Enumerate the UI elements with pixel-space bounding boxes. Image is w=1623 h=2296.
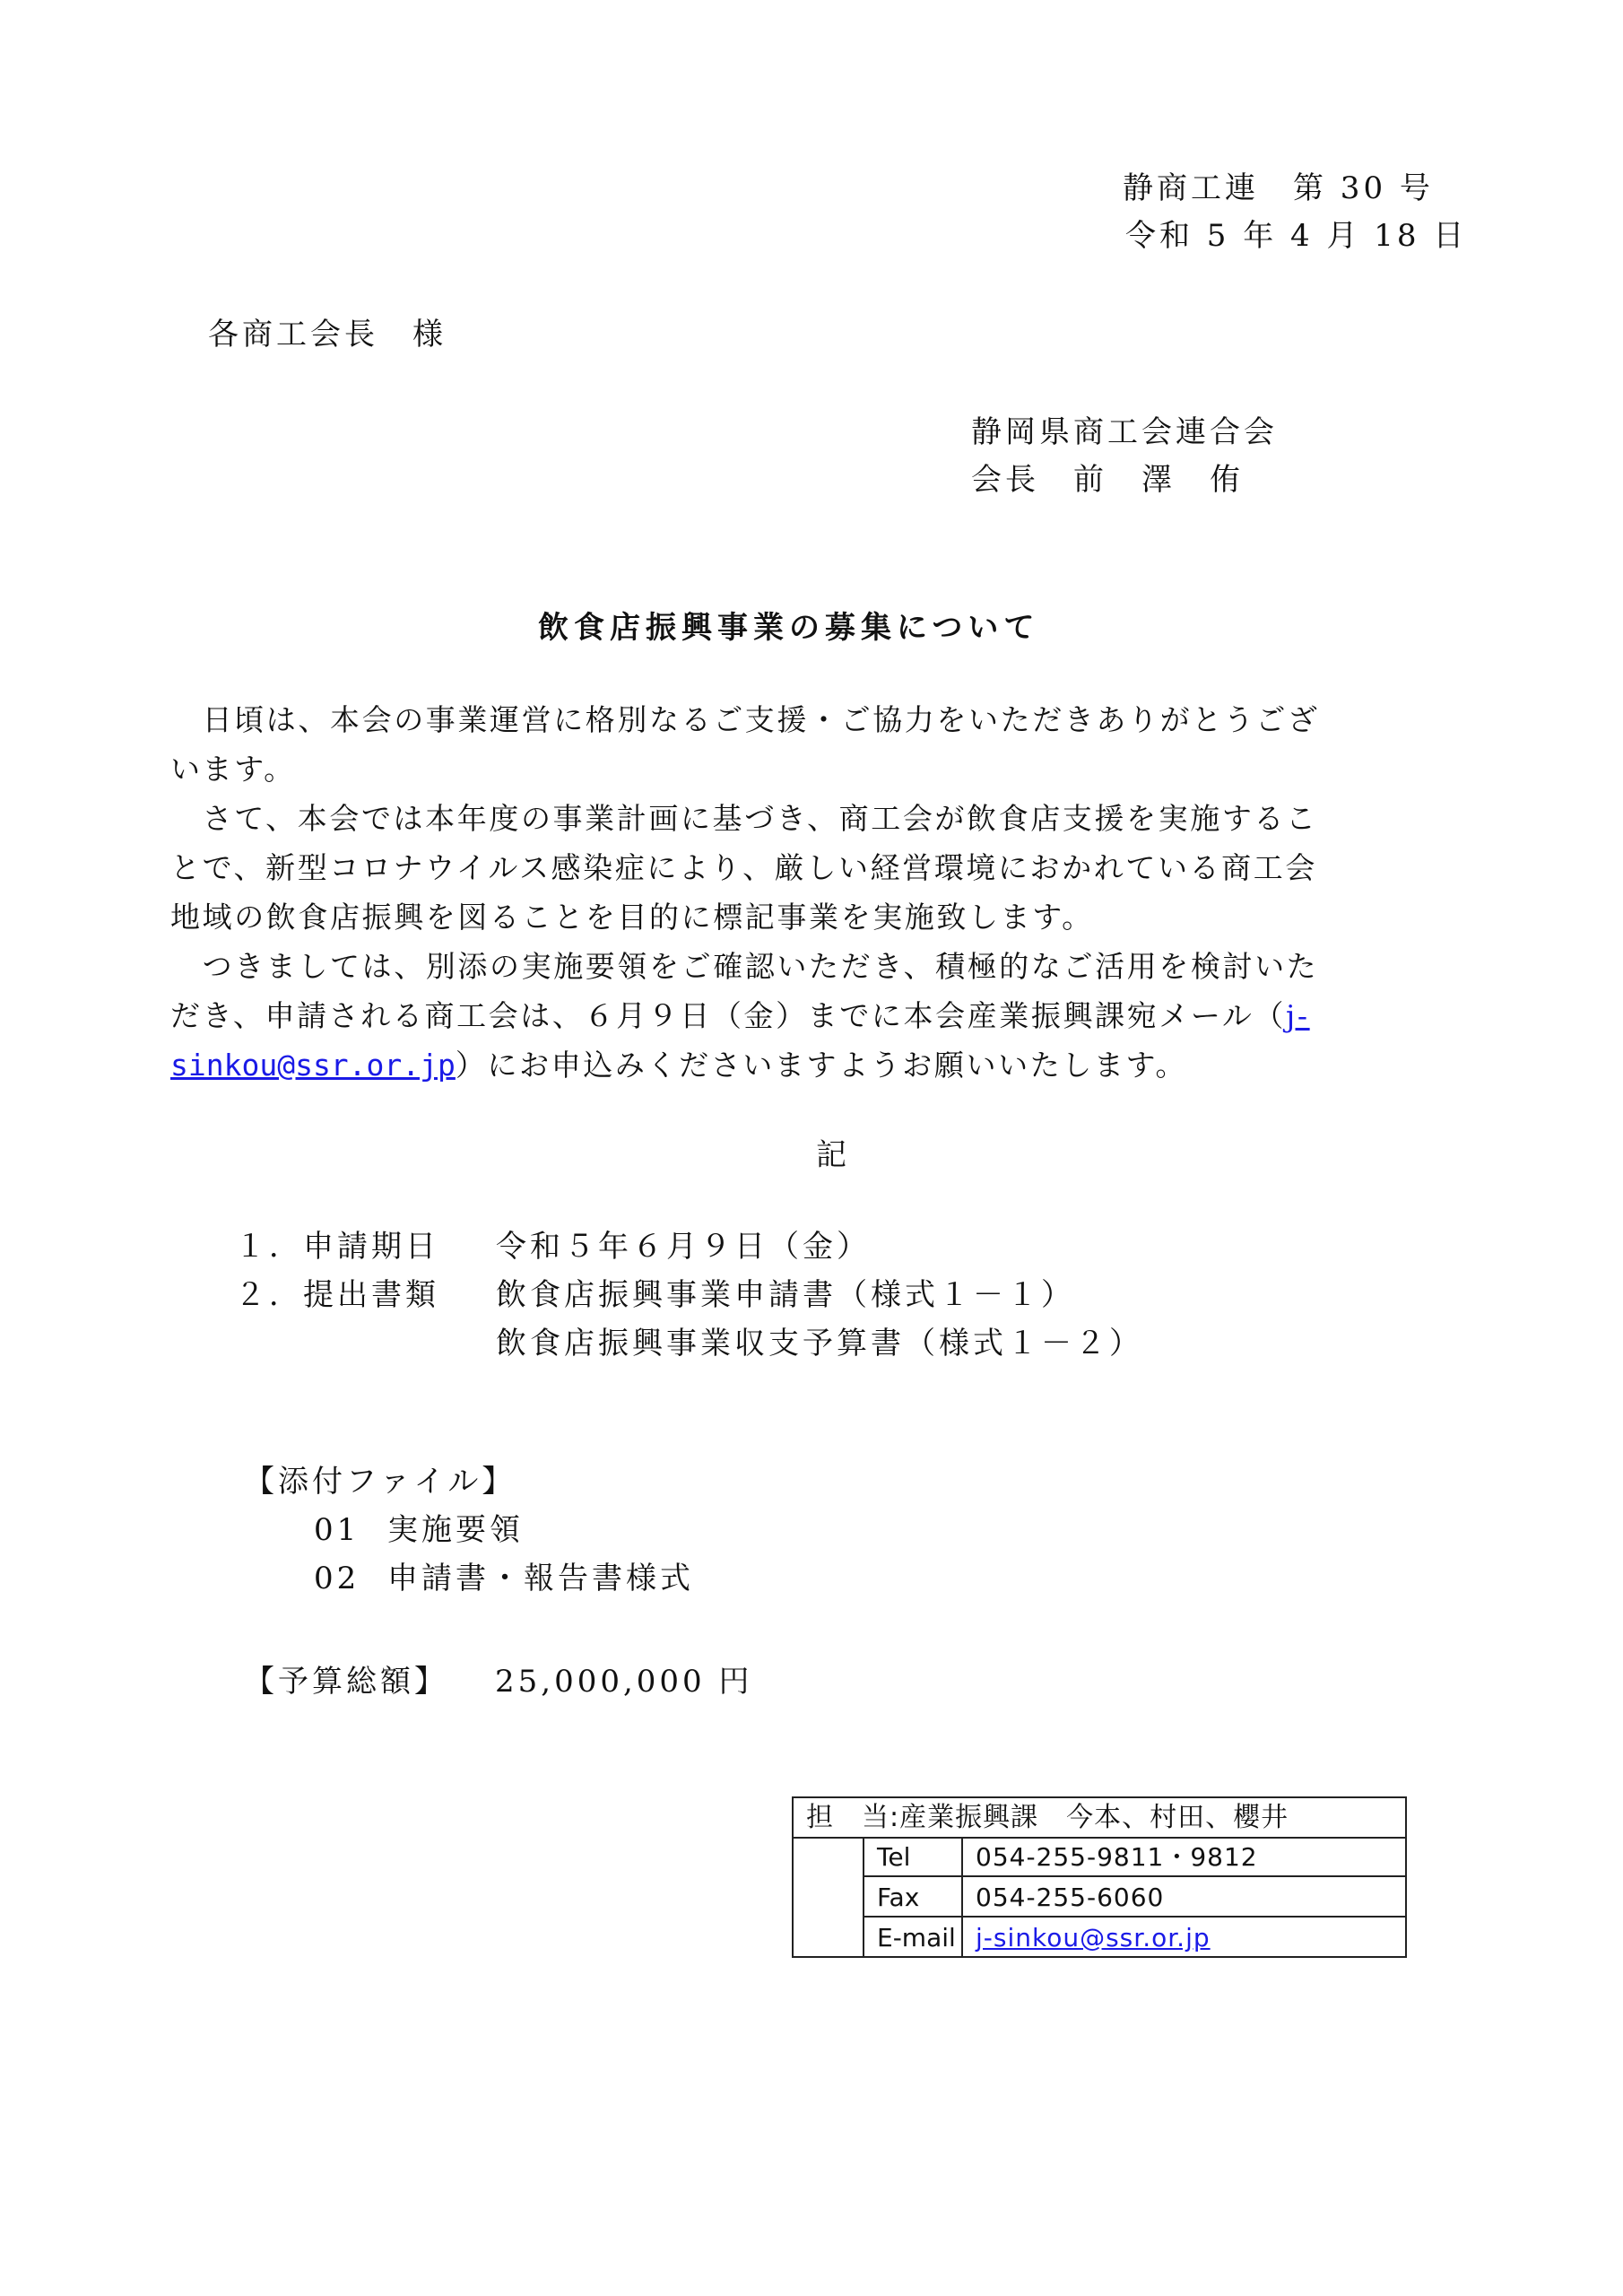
- item-value: 令和５年６月９日（金）: [496, 1229, 871, 1265]
- item-label: ２．提出書類: [235, 1277, 439, 1313]
- document-title: 飲食店振興事業の募集について: [538, 603, 1039, 647]
- budget-value: 25,000,000 円: [495, 1664, 752, 1700]
- contact-value: 054-255-6060: [976, 1877, 1164, 1918]
- body-line: 日頃は、本会の事業運営に格別なるご支援・ご協力をいただきありがとうござ: [170, 702, 1320, 738]
- item-value: 飲食店振興事業収支予算書（様式１－２）: [496, 1326, 1143, 1361]
- email-link[interactable]: j-: [1286, 998, 1310, 1033]
- body-line: 地域の飲食店振興を図ることを目的に標記事業を実施致します。: [170, 900, 1094, 935]
- attachment-name: 実施要領: [387, 1512, 524, 1548]
- contact-row-email: E-mail j-sinkou@ssr.or.jp: [863, 1918, 1405, 1956]
- contact-email-link[interactable]: j-sinkou@ssr.or.jp: [976, 1918, 1211, 1958]
- contact-key: Tel: [864, 1837, 963, 1875]
- contact-header: 担 当:産業振興課 今本、村田、櫻井: [794, 1798, 1405, 1839]
- attachment-number: 01: [314, 1512, 360, 1548]
- body-line-text: ）にお申込みくださいますようお願いいたします。: [456, 1048, 1187, 1083]
- ki-heading: 記: [816, 1137, 850, 1173]
- body-line: とで、新型コロナウイルス感染症により、厳しい経営環境におかれている商工会: [170, 850, 1317, 886]
- addressee: 各商工会長 様: [208, 317, 447, 352]
- attachments-heading: 【添付ファイル】: [244, 1464, 516, 1500]
- item-value: 飲食店振興事業申請書（様式１－１）: [496, 1277, 1075, 1313]
- contact-table: 担 当:産業振興課 今本、村田、櫻井 Tel 054-255-9811・9812…: [792, 1796, 1407, 1958]
- contact-key: Fax: [864, 1877, 963, 1916]
- email-link-continued[interactable]: sinkou@ssr.or.jp: [170, 1048, 456, 1083]
- body-line-text: だき、申請される商工会は、６月９日（金）までに本会産業振興課宛メール（: [170, 998, 1286, 1033]
- contact-value: 054-255-9811・9812: [976, 1837, 1258, 1877]
- body-line: つきましては、別添の実施要領をご確認いただき、積極的なご活用を検討いた: [170, 949, 1318, 985]
- contact-key: E-mail: [864, 1918, 963, 1956]
- body-line: さて、本会では本年度の事業計画に基づき、商工会が飲食店支援を実施するこ: [170, 801, 1318, 837]
- item-label: １．申請期日: [235, 1229, 439, 1265]
- sender-representative: 会長 前 澤 侑: [971, 462, 1244, 498]
- attachment-number: 02: [314, 1561, 360, 1596]
- doc-date: 令和 5 年 4 月 18 日: [1125, 218, 1467, 254]
- contact-row-tel: Tel 054-255-9811・9812: [863, 1837, 1405, 1877]
- attachment-name: 申請書・報告書様式: [387, 1561, 694, 1596]
- budget-label: 【予算総額】: [244, 1664, 448, 1700]
- body-line: います。: [170, 752, 296, 787]
- sender-organization: 静岡県商工会連合会: [971, 414, 1278, 450]
- contact-row-fax: Fax 054-255-6060: [863, 1877, 1405, 1918]
- doc-number: 静商工連 第 30 号: [1123, 170, 1434, 206]
- body-line: sinkou@ssr.or.jp）にお申込みくださいますようお願いいたします。: [170, 1048, 1187, 1083]
- body-line: だき、申請される商工会は、６月９日（金）までに本会産業振興課宛メール（j-: [170, 998, 1310, 1034]
